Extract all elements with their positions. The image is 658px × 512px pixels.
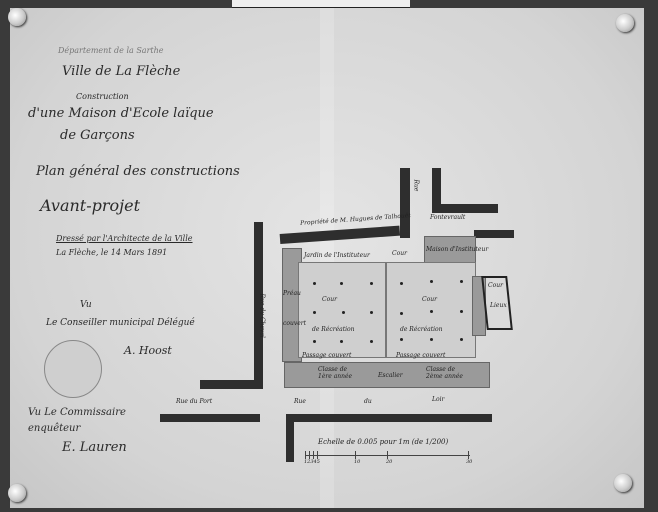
passage-1-label: Passage couvert [302, 352, 351, 359]
court1-label-b: de Récréation [312, 326, 355, 333]
court2-label-b: de Récréation [400, 326, 443, 333]
plan-title: Plan général des constructions [36, 164, 240, 179]
town-label: Ville de La Flèche [62, 64, 180, 79]
scale-bar [305, 455, 470, 456]
garden-label: Jardin de l'Instituteur [304, 252, 370, 259]
wall-fontevrault [432, 204, 498, 213]
approval-label: Vu [80, 300, 92, 310]
wall-rue-du-loir [286, 414, 492, 422]
title-line-1: d'une Maison d'Ecole laïque [28, 106, 214, 121]
side-court-label: Cour [488, 282, 503, 289]
scale-tick-20: 20 [386, 459, 392, 465]
court2-label-a: Cour [422, 296, 437, 303]
scale-tick-30: 30 [466, 459, 472, 465]
commissioner-label: Vu Le Commissaire enquêteur [28, 405, 168, 437]
stairs-label: Escalier [378, 372, 403, 379]
street-du: du [364, 398, 372, 405]
pushpin-icon [614, 474, 632, 492]
street-rue: Rue [294, 398, 306, 405]
pushpin-icon [616, 14, 634, 32]
small-court-label: Cour [392, 250, 407, 257]
pushpin-icon [8, 8, 26, 26]
department-label: Département de la Sarthe [58, 46, 164, 55]
scale-label: Echelle de 0.005 pour 1m (de 1/200) [318, 438, 448, 446]
title-line-2: de Garçons [60, 128, 135, 143]
street-vertical: Rue du Cheval [259, 294, 266, 338]
commissioner-signature: E. Lauren [62, 440, 127, 455]
scale-tick-10: 10 [354, 459, 360, 465]
street-top: Rue [413, 180, 420, 192]
wall-corner-left [200, 380, 263, 389]
wall-rue-left [400, 168, 410, 238]
stage-label: Avant-projet [40, 196, 140, 215]
left-strip-label-1: Préau [283, 290, 301, 297]
councillor-label: Le Conseiller municipal Délégué [46, 318, 195, 328]
official-stamp [44, 340, 102, 398]
subtitle-label: Construction [76, 92, 129, 101]
street-rue-du-port: Rue du Port [176, 398, 212, 405]
court1-label-a: Cour [322, 296, 337, 303]
class-1-label: Classe de 1ère année [318, 366, 358, 380]
wall-rue-du-port [160, 414, 260, 422]
wall-rue-right [432, 168, 441, 208]
teacher-house-label: Maison d'Instituteur [426, 246, 488, 253]
pushpin-icon [8, 484, 26, 502]
councillor-signature: A. Hoost [124, 344, 172, 357]
fontevrault-label: Fontevrault [430, 214, 465, 221]
place-date-label: La Flèche, le 14 Mars 1891 [56, 248, 167, 257]
street-loir: Loir [432, 396, 444, 403]
passage-2-label: Passage couvert [396, 352, 445, 359]
drawn-by-label: Dressé par l'Architecte de la Ville [56, 234, 193, 243]
class-2-label: Classe de 2ème année [426, 366, 466, 380]
scale-tick-0: 12345 [304, 459, 320, 465]
courtyard-1 [298, 262, 386, 358]
wall-loir-corner [286, 414, 294, 462]
wall-east [474, 230, 514, 238]
side-latrines-label: Lieux [490, 302, 507, 309]
left-strip-label-2: couvert [283, 320, 306, 327]
